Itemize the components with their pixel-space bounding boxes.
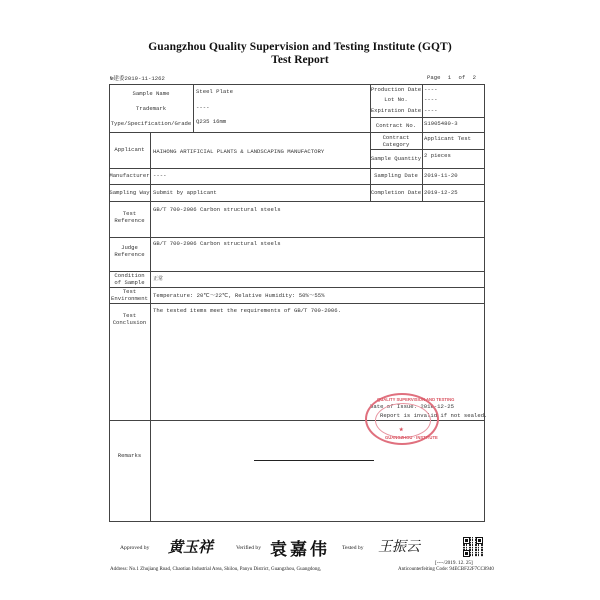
row-divider xyxy=(109,303,485,304)
type-spec-grade-label: Type/Specification/Grade xyxy=(109,120,193,127)
report-title: Test Report xyxy=(0,54,600,66)
sample-name-label: Sample Name xyxy=(109,90,193,97)
verified-by-signature: 袁嘉伟 xyxy=(270,535,330,560)
qr-finder xyxy=(463,537,470,544)
judge-reference-label: Judge Reference xyxy=(109,244,150,258)
page-total: 2 xyxy=(473,74,476,81)
sampling-date-value: 2019-11-20 xyxy=(424,172,458,179)
row-divider xyxy=(109,132,370,133)
expiration-date-label: Expiration Date xyxy=(370,107,422,114)
applicant-value: HAIHONG ARTIFICIAL PLANTS & LANDSCAPING … xyxy=(153,148,324,155)
judge-reference-label-line2: Reference xyxy=(109,251,150,258)
sampling-way-value: Submit by applicant xyxy=(153,189,217,196)
manufacturer-label: Manufacturer xyxy=(109,172,150,179)
page-indicator: Page 1 of 2 xyxy=(427,74,476,81)
page-current: 1 xyxy=(448,74,451,81)
test-reference-value: GB/T 700-2006 Carbon structural steels xyxy=(153,206,281,213)
page-of: of xyxy=(459,74,466,81)
environment-label-line1: Test xyxy=(109,288,150,295)
lot-no-label: Lot No. xyxy=(370,96,422,103)
seal-top-text: QUALITY SUPERVISION AND TESTING xyxy=(377,397,454,402)
col-divider xyxy=(422,84,423,201)
row-divider xyxy=(109,287,485,288)
page-label: Page xyxy=(427,74,440,81)
seal-star-icon: ★ xyxy=(399,427,403,433)
condition-label-line1: Condition xyxy=(109,272,150,279)
remarks-end-line xyxy=(254,460,374,461)
remarks-label: Remarks xyxy=(109,452,150,459)
judge-reference-value: GB/T 700-2006 Carbon structural steels xyxy=(153,240,281,247)
test-reference-label-line1: Test xyxy=(109,210,150,217)
manufacturer-value: ---- xyxy=(153,172,166,179)
trademark-value: ---- xyxy=(196,104,209,111)
tested-by-label: Tested by xyxy=(342,545,364,551)
row-divider xyxy=(370,117,485,118)
contract-no-value: S1905480-3 xyxy=(424,120,458,127)
tested-by-signature: 王振云 xyxy=(378,536,420,556)
judge-reference-label-line1: Judge xyxy=(109,244,150,251)
applicant-label: Applicant xyxy=(109,146,150,153)
anticounterfeiting-code: Anticounterfeiting Code: 94ECBF22F7CC894… xyxy=(398,567,494,572)
contract-category-label: Contract Category xyxy=(370,134,422,148)
sample-quantity-label: Sample Quantity xyxy=(370,155,422,162)
environment-value: Temperature: 20℃～22℃, Relative Humidity:… xyxy=(153,292,324,299)
production-date-value: ---- xyxy=(424,86,437,93)
completion-date-label: Completion Date xyxy=(370,189,422,196)
test-reference-label: Test Reference xyxy=(109,210,150,224)
row-divider xyxy=(109,168,485,169)
address: Address: No.1 Zhujiang Road, Chaotian In… xyxy=(110,567,321,572)
row-divider xyxy=(109,201,485,202)
test-reference-label-line2: Reference xyxy=(109,217,150,224)
conclusion-value: The tested items meet the requirements o… xyxy=(153,307,341,314)
qr-finder xyxy=(476,537,483,544)
seal-bottom-text: GUANGZHOU · INSTITUTE xyxy=(385,435,438,440)
contract-category-label-line1: Contract xyxy=(370,134,422,141)
contract-no-label: Contract No. xyxy=(370,122,422,129)
qr-finder xyxy=(463,550,470,557)
row-divider xyxy=(109,184,485,185)
expiration-date-value: ---- xyxy=(424,107,437,114)
lot-no-value: ---- xyxy=(424,96,437,103)
completion-date-value: 2019-12-25 xyxy=(424,189,458,196)
sampling-way-label: Sampling Way xyxy=(109,189,150,196)
row-divider xyxy=(109,271,485,272)
conclusion-label-line1: Test xyxy=(109,312,150,319)
col-divider xyxy=(150,132,151,522)
type-spec-grade-value: Q235 16mm xyxy=(196,118,226,125)
row-divider xyxy=(370,132,485,133)
trademark-label: Trademark xyxy=(109,105,193,112)
sample-quantity-value: 2 pieces xyxy=(424,152,451,159)
production-date-label: Production Date xyxy=(370,86,422,93)
official-seal-stamp: QUALITY SUPERVISION AND TESTING GUANGZHO… xyxy=(365,393,439,445)
sampling-date-label: Sampling Date xyxy=(370,172,422,179)
conclusion-label-line2: Conclusion xyxy=(109,319,150,326)
qr-code-icon[interactable] xyxy=(463,537,483,557)
environment-label: Test Environment xyxy=(109,288,150,302)
environment-label-line2: Environment xyxy=(109,295,150,302)
qr-caption: [----/2019. 12. 25] xyxy=(435,560,473,566)
conclusion-label: Test Conclusion xyxy=(109,312,150,326)
approved-by-signature: 黄玉祥 xyxy=(168,536,213,557)
sample-name-value: Steel Plate xyxy=(196,88,233,95)
col-divider xyxy=(193,84,194,132)
contract-category-value: Applicant Test xyxy=(424,135,471,142)
condition-value: 正常 xyxy=(153,276,163,283)
report-number: №建委2019-11-1262 xyxy=(110,74,165,82)
contract-category-label-line2: Category xyxy=(370,141,422,148)
condition-label-line2: of Sample xyxy=(109,279,150,286)
test-report-page: Guangzhou Quality Supervision and Testin… xyxy=(0,0,600,600)
verified-by-label: Verified by xyxy=(236,545,261,551)
row-divider xyxy=(109,237,485,238)
approved-by-label: Approved by xyxy=(120,545,149,551)
row-divider xyxy=(370,149,485,150)
institute-name: Guangzhou Quality Supervision and Testin… xyxy=(0,41,600,53)
condition-label: Condition of Sample xyxy=(109,272,150,286)
